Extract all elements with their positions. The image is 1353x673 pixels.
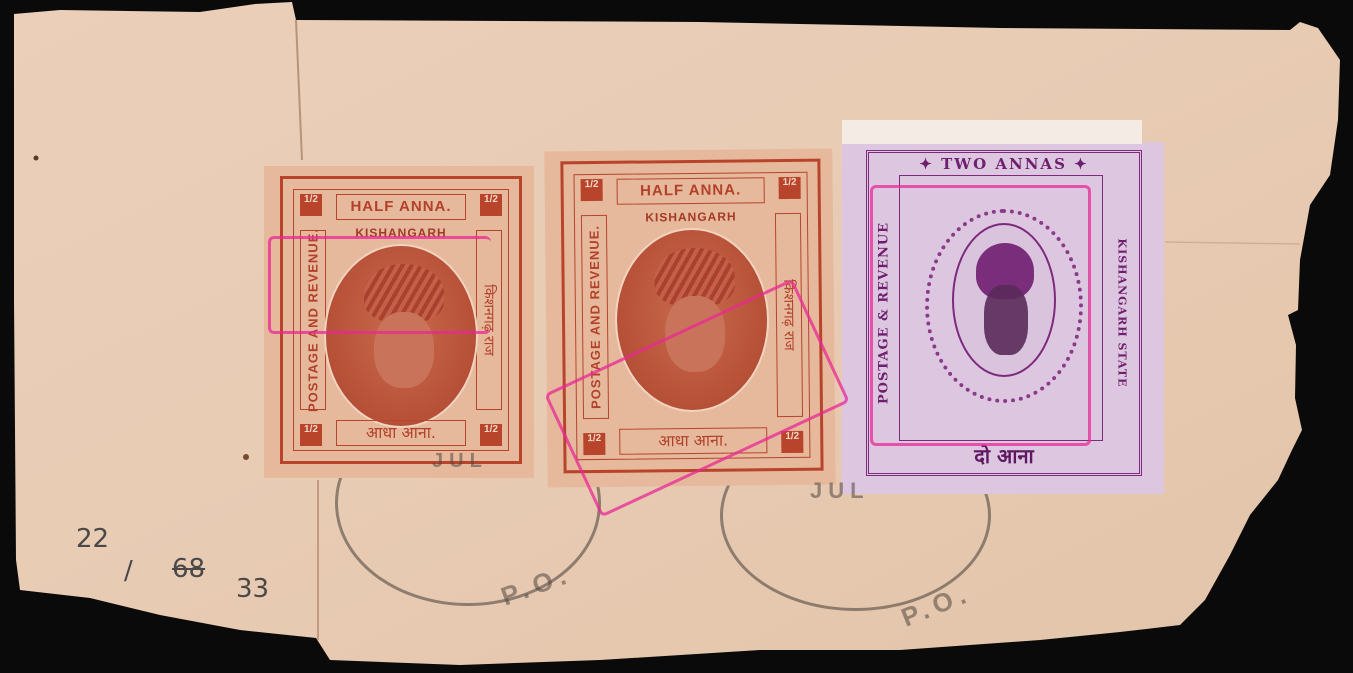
corner-value: 1/2	[779, 177, 801, 199]
pencil-note-line1: 22	[76, 524, 109, 554]
stamp-value-devanagari: दो आना	[869, 442, 1139, 469]
stamp-side-text: KISHANGARH STATE	[1105, 183, 1139, 443]
pencil-note-slash: /	[124, 556, 133, 586]
sheet-margin	[842, 120, 1142, 144]
corner-value: 1/2	[300, 194, 322, 216]
corner-value: 1/2	[781, 431, 803, 453]
corner-value: 1/2	[480, 424, 502, 446]
postmark-date: JUL	[432, 450, 488, 473]
pencil-note-value: 33	[236, 574, 269, 604]
pencil-note-struck: 68	[172, 554, 205, 584]
corner-value: 1/2	[300, 424, 322, 446]
corner-value: 1/2	[480, 194, 502, 216]
stamp-name-panel: KISHANGARH	[617, 209, 765, 225]
stamp-value-devanagari: आधा आना.	[336, 420, 466, 446]
boxed-cancellation	[870, 185, 1091, 446]
postmark-date: JUL	[810, 478, 870, 504]
corner-value: 1/2	[581, 179, 603, 201]
stamp-value-label: HALF ANNA.	[617, 177, 765, 205]
stamp-value-label: HALF ANNA.	[336, 194, 466, 220]
stamp-value-label: ✦ TWO ANNAS ✦	[869, 155, 1139, 173]
boxed-cancellation	[268, 236, 491, 334]
